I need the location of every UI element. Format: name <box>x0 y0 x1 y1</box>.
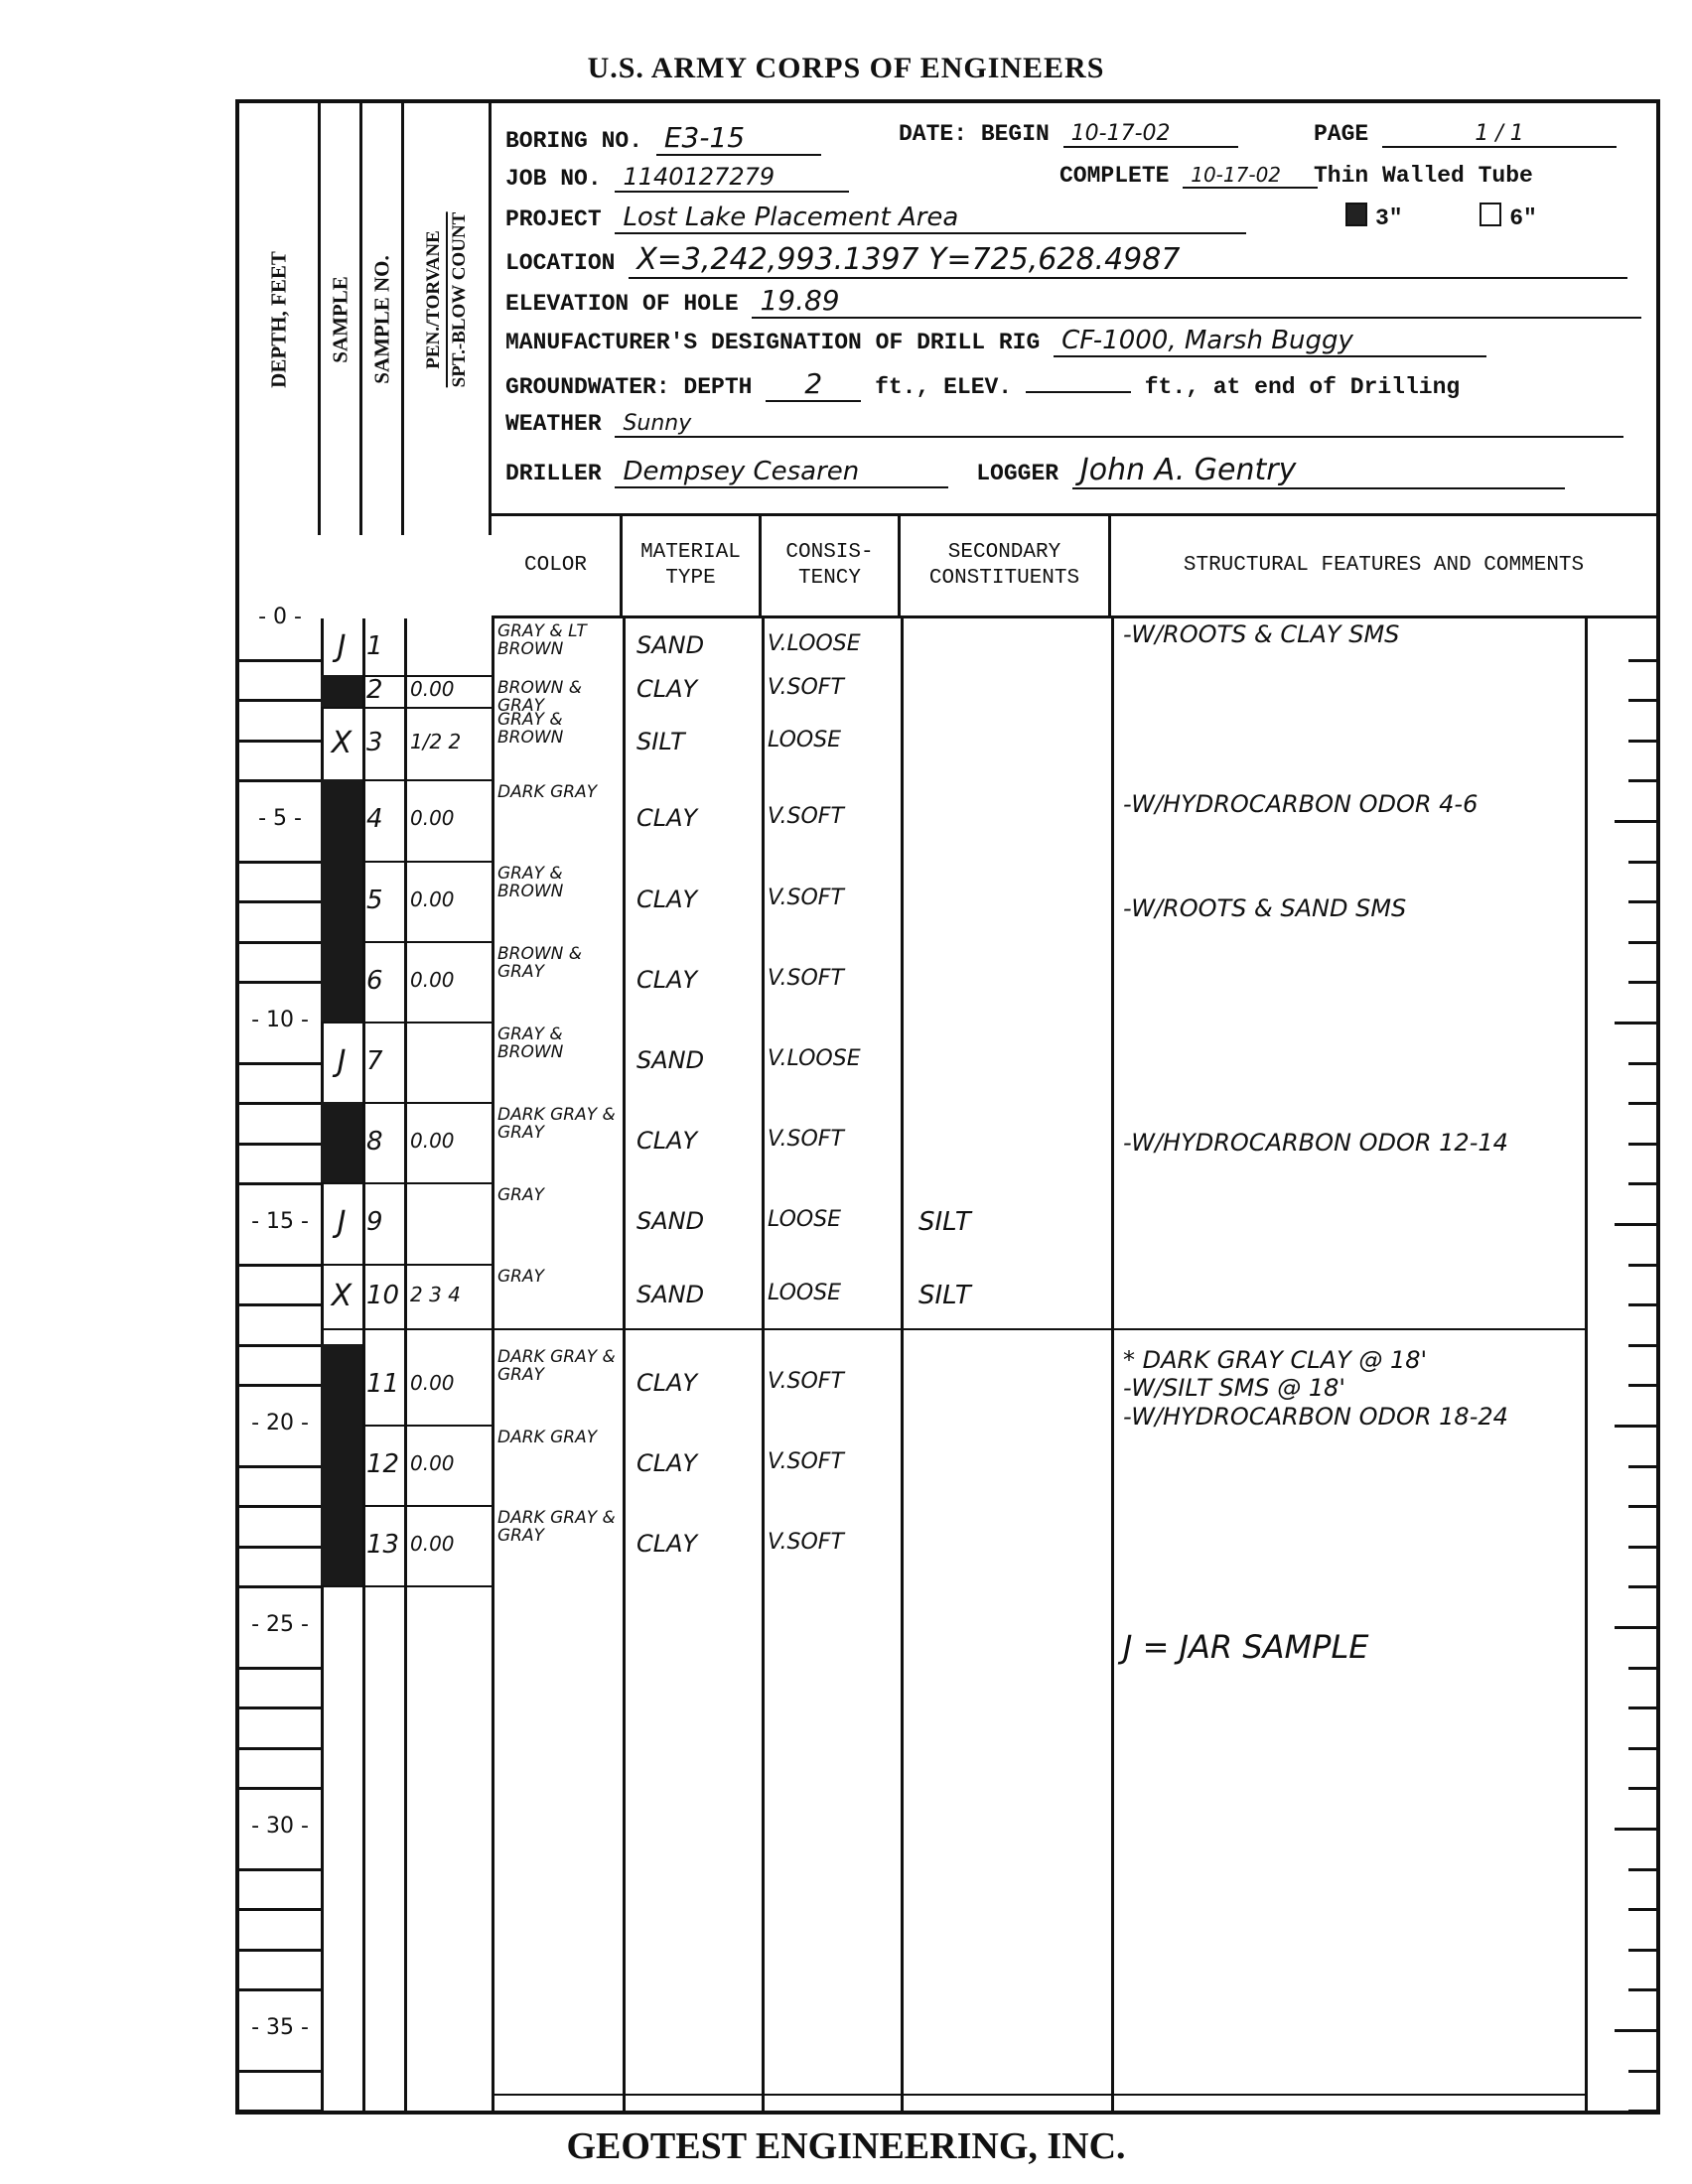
depth-label-25: - 25 - <box>239 1612 321 1637</box>
ruler-tick <box>1615 1828 1656 1831</box>
ruler-tick <box>1628 1949 1656 1952</box>
groundwater-elev-label: ft., ELEV. <box>875 374 1012 400</box>
color-value: DARK GRAY & GRAY <box>497 1509 621 1545</box>
color-value: GRAY <box>497 1268 621 1286</box>
depth-tick-line <box>239 1143 321 1146</box>
begin-date-field[interactable]: 10-17-02 <box>1063 121 1238 148</box>
sample-type-12 <box>321 1425 362 1505</box>
sample-no: 4 <box>366 804 404 834</box>
consistency-value: V.SOFT <box>768 1369 844 1394</box>
material-value: SILT <box>636 728 685 755</box>
sample-type-13 <box>321 1505 362 1585</box>
material-value: CLAY <box>636 886 697 913</box>
pen-torvane-value: 0.00 <box>410 1129 455 1153</box>
color-value: DARK GRAY & GRAY <box>497 1348 621 1384</box>
divider <box>623 618 626 2111</box>
depth-label-15: - 15 - <box>239 1209 321 1234</box>
ruler-tick <box>1628 1303 1656 1306</box>
ruler-tick <box>1628 1546 1656 1549</box>
logger-label: LOGGER <box>976 461 1058 486</box>
material-column-header: MATERIAL TYPE <box>623 516 762 615</box>
sample-no: 6 <box>366 966 404 996</box>
remark-7: J = JAR SAMPLE <box>1123 1628 1368 1666</box>
section-divider <box>492 2094 1585 2096</box>
weather-label: WEATHER <box>505 411 602 437</box>
sample-no: 2 <box>366 675 404 705</box>
depth-header-label: DEPTH, FEET <box>266 251 291 388</box>
consistency-value: V.SOFT <box>768 966 844 991</box>
divider <box>492 618 494 2111</box>
sample-type-2 <box>321 675 362 707</box>
tube-3in-label: 3" <box>1375 205 1403 231</box>
remark-3: -W/HYDROCARBON ODOR 12-14 <box>1123 1129 1508 1157</box>
complete-date-field[interactable]: 10-17-02 <box>1183 163 1318 189</box>
color-value: GRAY & BROWN <box>497 865 621 900</box>
ruler-tick <box>1628 1585 1656 1588</box>
sample-no-header-label: SAMPLE NO. <box>369 255 394 384</box>
sample-no: 7 <box>366 1046 404 1076</box>
job-no-field[interactable]: 1140127279 <box>615 163 849 193</box>
begin-label: BEGIN <box>981 121 1050 147</box>
tube-3in-checkbox[interactable] <box>1345 203 1367 226</box>
drill-rig-label: MANUFACTURER'S DESIGNATION OF DRILL RIG <box>505 330 1040 355</box>
page-label: PAGE <box>1314 121 1368 147</box>
depth-label-35: - 35 - <box>239 2015 321 2040</box>
ruler-tick <box>1615 1425 1656 1428</box>
sample-no: 10 <box>366 1281 404 1310</box>
divider <box>762 618 765 2111</box>
remark-1: -W/HYDROCARBON ODOR 4-6 <box>1123 790 1478 818</box>
location-field[interactable]: X=3,242,993.1397 Y=725,628.4987 <box>629 242 1627 279</box>
groundwater-depth-label: GROUNDWATER: DEPTH <box>505 374 752 400</box>
ruler-tick <box>1628 1102 1656 1105</box>
ruler-tick <box>1628 1988 1656 1991</box>
depth-tick-line <box>239 1505 321 1508</box>
depth-tick-line <box>239 659 321 662</box>
depth-tick-line <box>239 1182 321 1185</box>
ruler-tick <box>1628 1706 1656 1709</box>
depth-tick-line <box>239 1787 321 1790</box>
sample-no: 1 <box>366 631 404 661</box>
groundwater-depth-field[interactable]: 2 <box>766 367 861 402</box>
ruler-tick <box>1628 1182 1656 1185</box>
sample-type-6 <box>321 941 362 1022</box>
ruler-tick <box>1628 659 1656 662</box>
divider <box>362 618 365 2111</box>
company-footer: GEOTEST ENGINEERING, INC. <box>0 2124 1692 2168</box>
depth-tick-line <box>239 1344 321 1347</box>
depth-tick-line <box>239 2110 321 2113</box>
logger-field[interactable]: John A. Gentry <box>1072 453 1565 489</box>
depth-tick-line <box>239 1585 321 1588</box>
pen-torvane-value: 0.00 <box>410 806 455 830</box>
depth-tick-line <box>239 1706 321 1709</box>
consistency-value: V.SOFT <box>768 886 844 910</box>
depth-label-30: - 30 - <box>239 1814 321 1839</box>
remark-0: -W/ROOTS & CLAY SMS <box>1123 620 1399 648</box>
depth-tick-line <box>239 1868 321 1871</box>
ruler-tick <box>1615 820 1656 823</box>
ruler-tick <box>1628 1747 1656 1750</box>
location-label: LOCATION <box>505 250 615 276</box>
consistency-value: V.SOFT <box>768 1127 844 1152</box>
depth-tick-line <box>239 1062 321 1065</box>
consistency-value: V.LOOSE <box>768 1046 861 1071</box>
ruler-tick <box>1628 1384 1656 1387</box>
consistency-value: V.SOFT <box>768 675 844 700</box>
depth-tick-line <box>239 1465 321 1468</box>
sample-type-5 <box>321 861 362 941</box>
secondary-value: SILT <box>918 1207 971 1237</box>
sample-column-header: SAMPLE <box>321 103 362 535</box>
sample-no: 13 <box>366 1530 404 1560</box>
pen-torvane-label: PEN./TORVANE <box>422 211 448 387</box>
date-label: DATE: <box>899 121 967 147</box>
drill-rig-field[interactable]: CF-1000, Marsh Buggy <box>1054 326 1486 357</box>
ruler-tick <box>1628 1868 1656 1871</box>
sample-type-10: X <box>321 1264 362 1328</box>
material-value: SAND <box>636 1046 704 1074</box>
depth-tick-line <box>239 941 321 944</box>
secondary-column-header: SECONDARY CONSTITUENTS <box>901 516 1111 615</box>
sample-no: 12 <box>366 1449 404 1479</box>
consistency-value: V.SOFT <box>768 1449 844 1474</box>
ruler-tick <box>1615 1626 1656 1629</box>
consistency-value: LOOSE <box>768 1207 841 1232</box>
color-value: GRAY & BROWN <box>497 711 621 747</box>
sample-boundary <box>321 1328 492 1330</box>
material-value: CLAY <box>636 1127 697 1155</box>
log-table-body: - 0 -- 5 -- 10 -- 15 -- 20 -- 25 -- 30 -… <box>239 618 1656 2111</box>
tube-size-options: 3" 6" <box>1345 203 1537 231</box>
depth-tick-line <box>239 1546 321 1549</box>
material-value: SAND <box>636 1281 704 1308</box>
tube-6in-label: 6" <box>1509 205 1537 231</box>
pen-torvane-column-header: PEN./TORVANE SPT.-BLOW COUNT <box>404 103 492 535</box>
ruler-tick <box>1615 1022 1656 1024</box>
color-value: DARK GRAY <box>497 1429 621 1446</box>
material-value: SAND <box>636 1207 704 1235</box>
ruler-tick <box>1615 1223 1656 1226</box>
material-value: CLAY <box>636 675 697 703</box>
boring-no-label: BORING NO. <box>505 128 642 154</box>
consistency-value: LOOSE <box>768 1281 841 1305</box>
ruler-tick <box>1615 2029 1656 2032</box>
material-value: CLAY <box>636 1369 697 1397</box>
secondary-value: SILT <box>918 1281 971 1310</box>
sample-type-8 <box>321 1102 362 1182</box>
ruler-tick <box>1628 740 1656 743</box>
color-value: BROWN & GRAY <box>497 945 621 981</box>
consistency-value: V.SOFT <box>768 804 844 829</box>
section-divider <box>492 1328 1585 1330</box>
job-no-label: JOB NO. <box>505 166 602 192</box>
material-value: CLAY <box>636 804 697 832</box>
color-value: DARK GRAY <box>497 783 621 801</box>
ruler-tick <box>1628 981 1656 984</box>
remark-5: -W/SILT SMS @ 18' <box>1123 1374 1345 1402</box>
driller-label: DRILLER <box>505 461 602 486</box>
divider <box>404 618 407 2111</box>
ruler-tick <box>1628 779 1656 782</box>
ruler-tick <box>1628 1264 1656 1267</box>
boring-no-field[interactable]: E3-15 <box>656 121 821 156</box>
sample-no-column-header: SAMPLE NO. <box>362 103 404 535</box>
ruler-tick <box>1628 699 1656 702</box>
depth-tick-line <box>239 1384 321 1387</box>
groundwater-elev-field[interactable] <box>1026 391 1131 393</box>
log-table-header: COLOR MATERIAL TYPE CONSIS- TENCY SECOND… <box>492 516 1656 618</box>
material-value: CLAY <box>636 1449 697 1477</box>
agency-title: U.S. ARMY CORPS OF ENGINEERS <box>0 52 1692 85</box>
spt-blow-label: SPT.-BLOW COUNT <box>449 211 470 387</box>
sample-no: 8 <box>366 1127 404 1157</box>
sample-type-11 <box>321 1344 362 1425</box>
ruler-tick <box>1628 1062 1656 1065</box>
depth-label-10: - 10 - <box>239 1008 321 1032</box>
consistency-value: LOOSE <box>768 728 841 752</box>
remark-4: * DARK GRAY CLAY @ 18' <box>1123 1346 1427 1374</box>
consistency-column-header: CONSIS- TENCY <box>762 516 901 615</box>
depth-label-5: - 5 - <box>239 806 321 831</box>
consistency-value: V.SOFT <box>768 1530 844 1555</box>
sample-no: 11 <box>366 1369 404 1399</box>
ruler-tick <box>1628 1465 1656 1468</box>
sample-no: 5 <box>366 886 404 915</box>
depth-tick-line <box>239 900 321 903</box>
depth-tick-line <box>239 861 321 864</box>
sample-type-9: J <box>321 1182 362 1264</box>
complete-label: COMPLETE <box>1059 163 1169 189</box>
end-of-drilling-label: ft., at end of Drilling <box>1145 374 1460 400</box>
pen-torvane-value: 0.00 <box>410 968 455 992</box>
sample-type-7: J <box>321 1022 362 1102</box>
remark-6: -W/HYDROCARBON ODOR 18-24 <box>1123 1403 1508 1431</box>
project-field[interactable]: Lost Lake Placement Area <box>615 203 1246 234</box>
material-value: SAND <box>636 631 704 659</box>
color-value: GRAY <box>497 1186 621 1204</box>
depth-tick-line <box>239 1747 321 1750</box>
pen-torvane-value: 0.00 <box>410 1371 455 1395</box>
sample-boundary <box>321 1585 492 1587</box>
boring-log-form: DEPTH, FEET SAMPLE SAMPLE NO. PEN./TORVA… <box>235 99 1660 2115</box>
material-value: CLAY <box>636 1530 697 1558</box>
pen-torvane-value: 2 3 4 <box>410 1283 461 1306</box>
depth-tick-line <box>239 699 321 702</box>
ruler-tick <box>1628 2070 1656 2073</box>
depth-tick-line <box>239 1988 321 1991</box>
boring-info-block: BORING NO. E3-15 DATE: BEGIN 10-17-02 PA… <box>492 103 1656 516</box>
sample-header-label: SAMPLE <box>328 276 352 363</box>
ruler-tick <box>1628 941 1656 944</box>
ruler-tick <box>1628 1505 1656 1508</box>
divider <box>1111 618 1114 2111</box>
sample-type-3: X <box>321 707 362 779</box>
ruler-tick <box>1628 2110 1656 2113</box>
sample-type-1: J <box>321 618 362 675</box>
ruler-divider <box>1585 618 1588 2111</box>
ruler-tick <box>1628 1908 1656 1911</box>
sample-no: 3 <box>366 728 404 757</box>
depth-label-20: - 20 - <box>239 1411 321 1435</box>
color-value: DARK GRAY & GRAY <box>497 1106 621 1142</box>
structural-column-header: STRUCTURAL FEATURES AND COMMENTS <box>1111 516 1656 615</box>
ruler-tick <box>1628 1667 1656 1670</box>
ruler-tick <box>1628 1143 1656 1146</box>
consistency-value: V.LOOSE <box>768 631 861 656</box>
depth-tick-line <box>239 1908 321 1911</box>
weather-field[interactable]: Sunny <box>615 411 1623 438</box>
depth-tick-line <box>239 1102 321 1105</box>
page-field[interactable]: 1 / 1 <box>1382 121 1617 148</box>
color-value: GRAY & LT BROWN <box>497 622 621 658</box>
pen-torvane-value: 0.00 <box>410 677 455 701</box>
color-column-header: COLOR <box>492 516 623 615</box>
depth-tick-line <box>239 1303 321 1306</box>
depth-tick-line <box>239 779 321 782</box>
elevation-field[interactable]: 19.89 <box>752 284 1641 319</box>
depth-tick-line <box>239 1949 321 1952</box>
remark-2: -W/ROOTS & SAND SMS <box>1123 894 1406 922</box>
depth-tick-line <box>239 740 321 743</box>
tube-6in-checkbox[interactable] <box>1480 203 1501 226</box>
pen-torvane-value: 0.00 <box>410 1451 455 1475</box>
tube-label: Thin Walled Tube <box>1314 163 1533 189</box>
pen-torvane-value: 1/2 2 <box>410 730 461 753</box>
depth-tick-line <box>239 1264 321 1267</box>
elevation-label: ELEVATION OF HOLE <box>505 291 739 317</box>
depth-column-header: DEPTH, FEET <box>239 103 321 535</box>
project-label: PROJECT <box>505 206 602 232</box>
depth-label-0: - 0 - <box>239 605 321 629</box>
pen-torvane-value: 0.00 <box>410 1532 455 1556</box>
driller-field[interactable]: Dempsey Cesaren <box>615 457 948 488</box>
sample-no: 9 <box>366 1207 404 1237</box>
material-value: CLAY <box>636 966 697 994</box>
ruler-tick <box>1628 1787 1656 1790</box>
depth-tick-line <box>239 2070 321 2073</box>
ruler-tick <box>1628 861 1656 864</box>
pen-spt-header: PEN./TORVANE SPT.-BLOW COUNT <box>422 211 472 387</box>
pen-torvane-value: 0.00 <box>410 887 455 911</box>
divider <box>901 618 904 2111</box>
ruler-tick <box>1628 1344 1656 1347</box>
depth-tick-line <box>239 981 321 984</box>
sample-type-4 <box>321 779 362 861</box>
ruler-tick <box>1628 900 1656 903</box>
depth-tick-line <box>239 1667 321 1670</box>
color-value: GRAY & BROWN <box>497 1025 621 1061</box>
